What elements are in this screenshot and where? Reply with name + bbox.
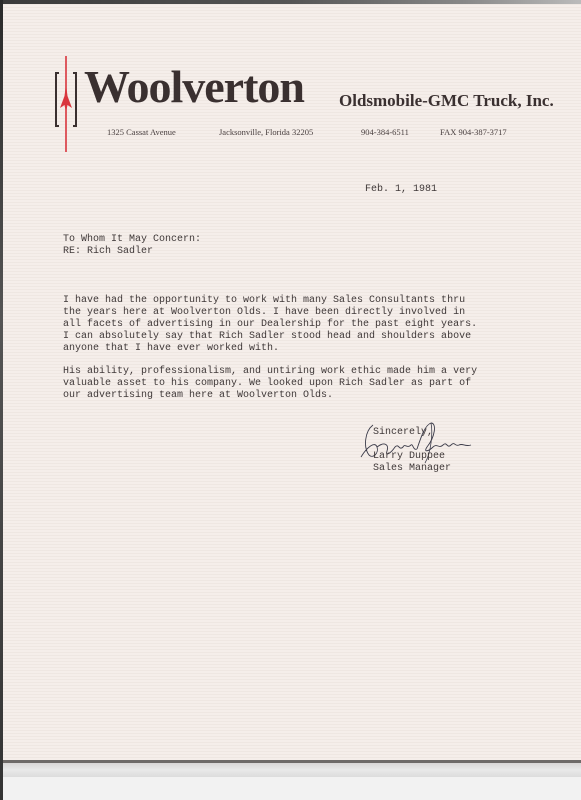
scanner-bed [3,777,581,800]
paragraph-line: all facets of advertising in our Dealers… [63,319,533,331]
paragraph-line: our advertising team here at Woolverton … [63,390,533,402]
signature-name: Larry Duppee [373,451,445,463]
re-line: RE: Rich Sadler [63,246,153,258]
signature-title: Sales Manager [373,463,451,475]
paragraph-line: anyone that I have ever worked with. [63,343,533,355]
company-name: Woolverton [84,64,304,110]
fax-number: FAX 904-387-3717 [440,127,507,137]
paragraph-line: I have had the opportunity to work with … [63,295,533,307]
paragraph-line: the years here at Woolverton Olds. I hav… [63,307,533,319]
body-paragraph-1: I have had the opportunity to work with … [63,295,533,355]
body-paragraph-2: His ability, professionalism, and untiri… [63,366,533,402]
page-fold [3,763,581,777]
salutation: To Whom It May Concern: [63,234,201,246]
letter-date: Feb. 1, 1981 [365,184,437,196]
paragraph-line: I can absolutely say that Rich Sadler st… [63,331,533,343]
paragraph-line: valuable asset to his company. We looked… [63,378,533,390]
oldsmobile-rocket-logo-icon [54,56,78,152]
company-subtitle: Oldsmobile-GMC Truck, Inc. [339,91,554,111]
phone-number: 904-384-6511 [361,127,409,137]
address-city: Jacksonville, Florida 32205 [219,127,313,137]
paragraph-line: His ability, professionalism, and untiri… [63,366,533,378]
address-street: 1325 Cassat Avenue [107,127,176,137]
